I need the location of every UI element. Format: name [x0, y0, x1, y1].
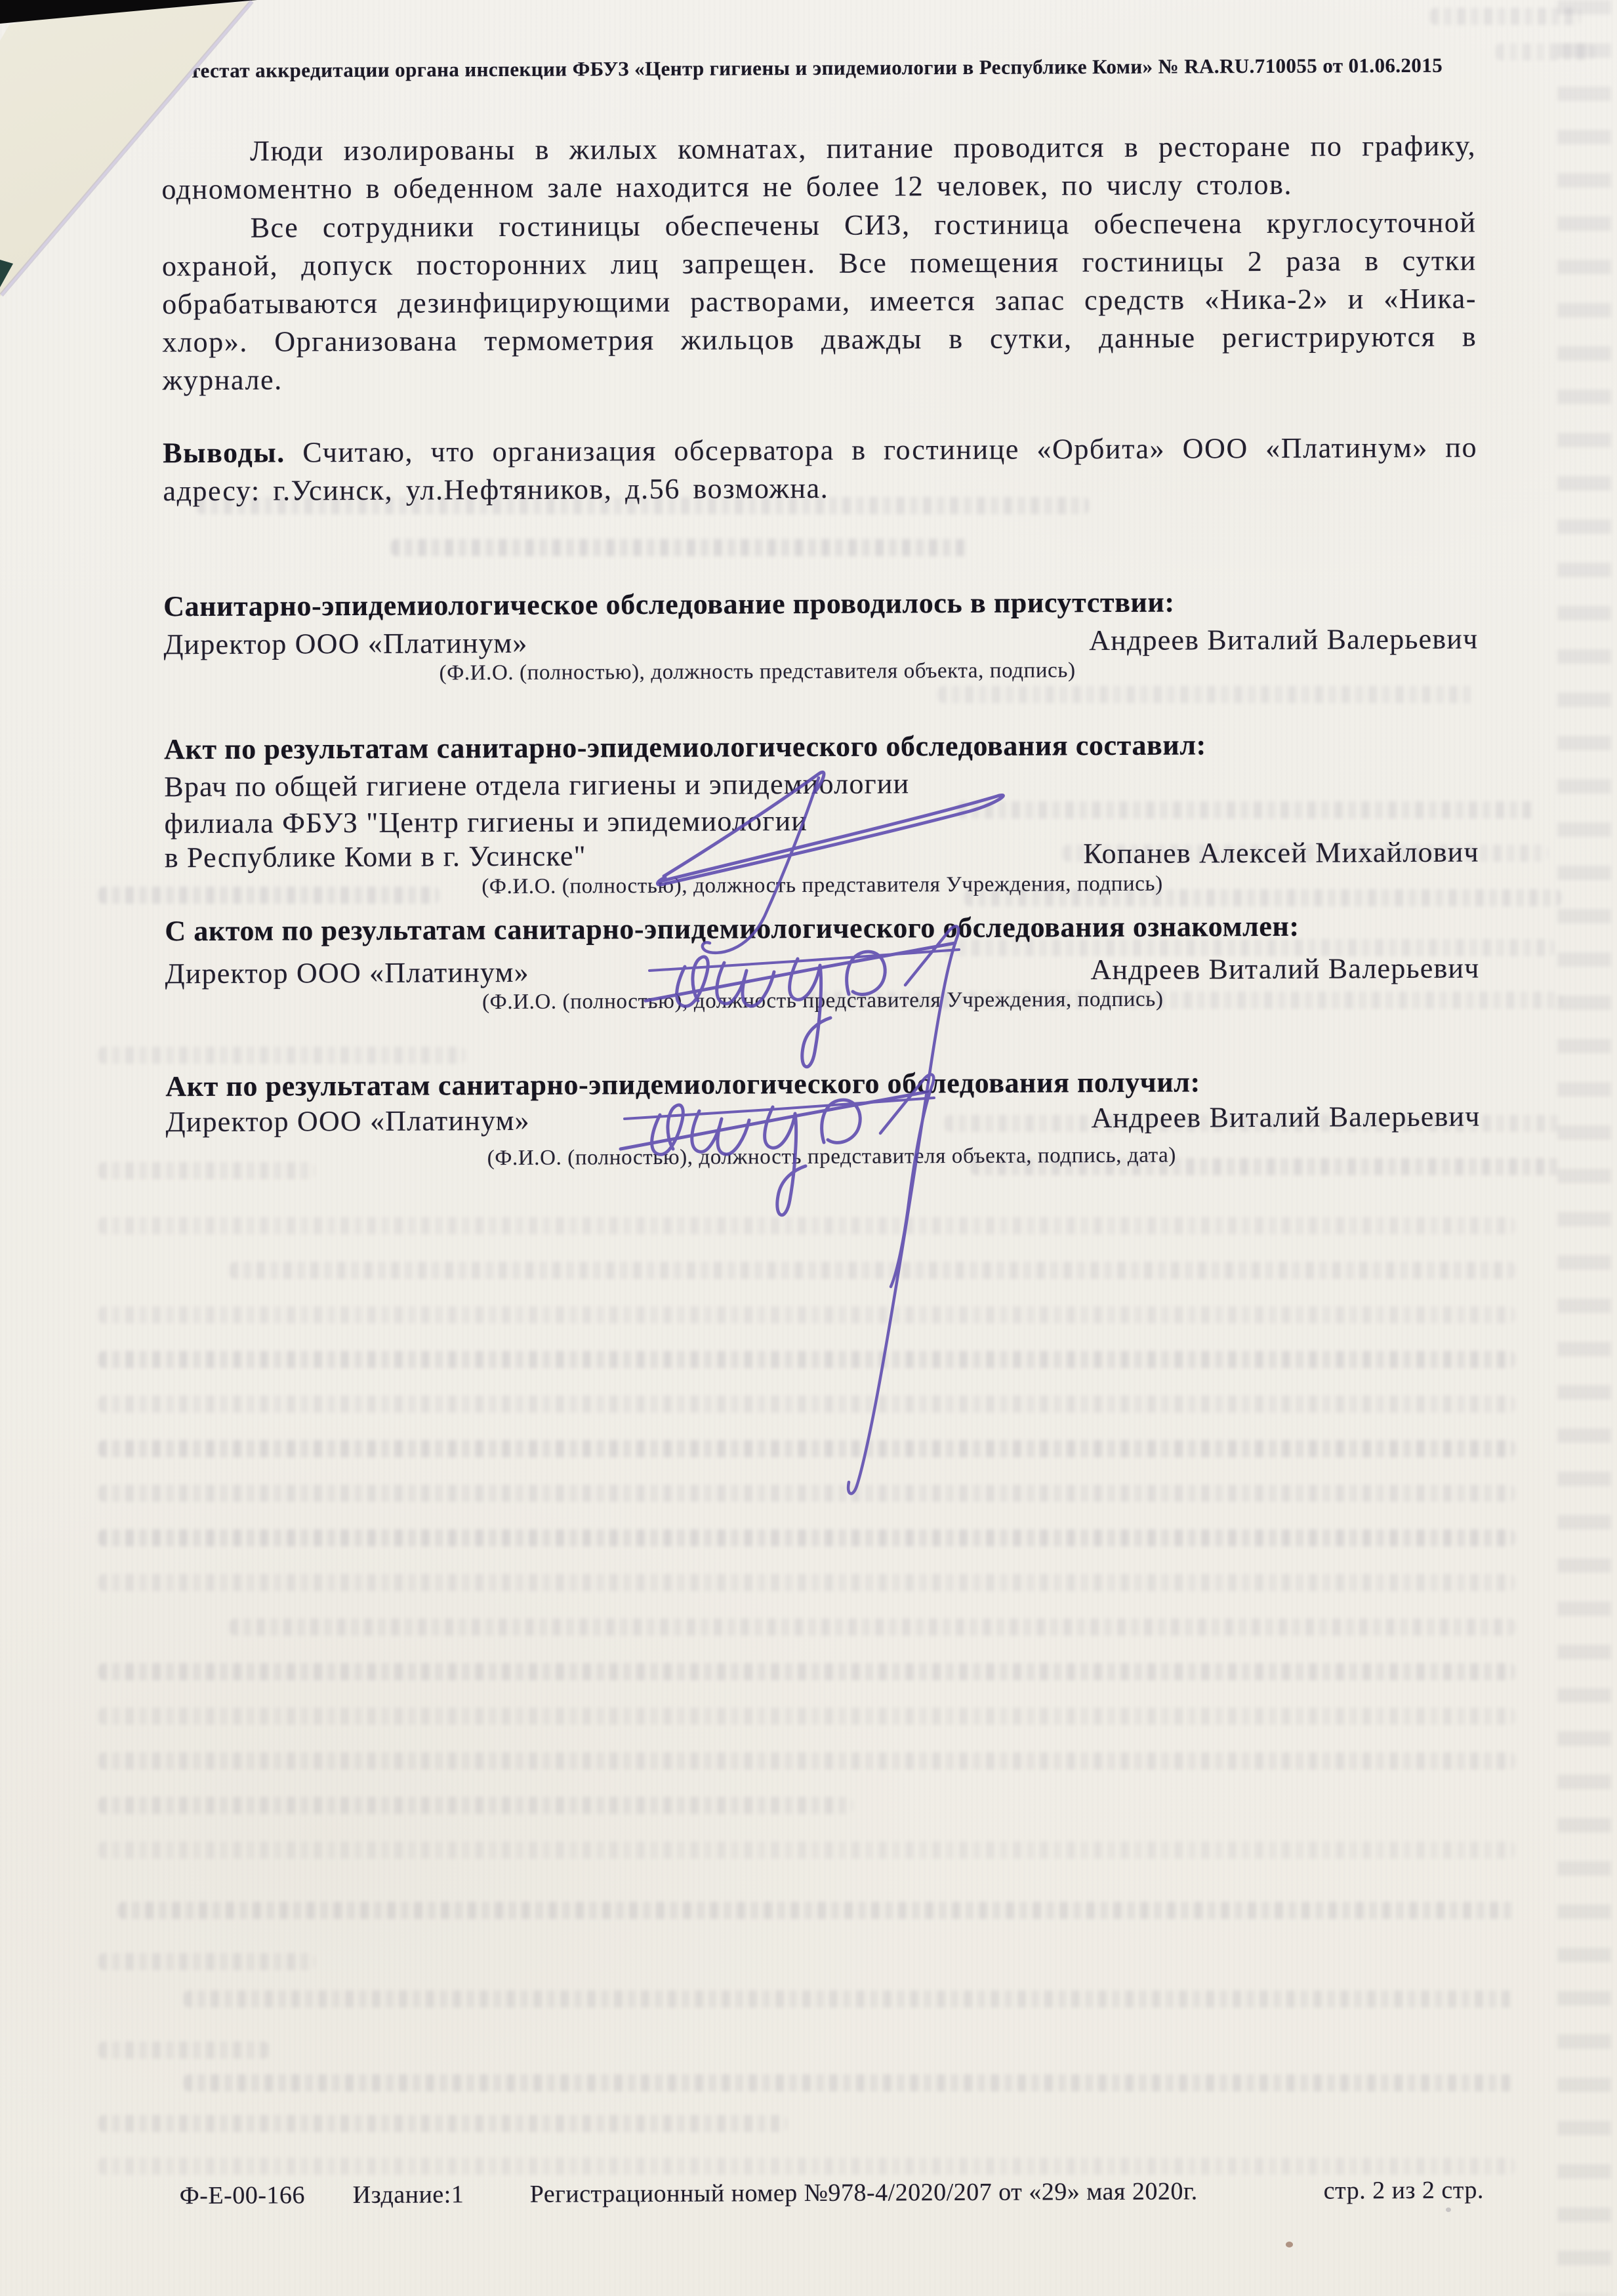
signature-row-acknowledged: Директор ООО «Платинум» Андреев Виталий … [165, 952, 1479, 990]
person-name-andreev: Андреев Виталий Валерьевич [1090, 952, 1479, 987]
paragraph-staff-measures: Все сотрудники гостиницы обеспечены СИЗ,… [162, 204, 1477, 400]
caption-attended: (Ф.И.О. (полностью), должность представи… [164, 657, 1351, 687]
caption-received: (Ф.И.О. (полностью), должность представи… [166, 1142, 1498, 1172]
signature-row-composed: в Республике Коми в г. Усинске" Копанев … [165, 836, 1479, 874]
footer-page-info: стр. 2 из 2 стр. [1324, 2176, 1484, 2205]
conclusions-paragraph: Выводы. Считаю, что организация обсерват… [163, 429, 1477, 511]
role-director: Директор ООО «Платинум» [165, 1104, 529, 1138]
caption-acknowledged: (Ф.И.О. (полностью), должность представи… [165, 986, 1481, 1017]
signature-row-attended: Директор ООО «Платинум» Андреев Виталий … [163, 622, 1478, 661]
section-attended-title: Санитарно-эпидемиологическое обследовани… [163, 586, 1175, 624]
footer-edition: Издание:1 [353, 2180, 464, 2209]
section-received-title: Акт по результатам санитарно-эпидемиолог… [165, 1065, 1200, 1103]
accreditation-header: Аттестат аккредитации органа инспекции Ф… [0, 53, 1613, 84]
composer-role-line-2: филиала ФБУЗ "Центр гигиены и эпидемиоло… [164, 804, 808, 840]
section-composed-title: Акт по результатам санитарно-эпидемиолог… [164, 728, 1206, 766]
paper-background: Аттестат аккредитации органа инспекции Ф… [0, 0, 1617, 2296]
conclusions-text: Считаю, что организация обсерватора в го… [163, 432, 1477, 508]
section-acknowledged-title: С актом по результатам санитарно-эпидеми… [165, 910, 1300, 948]
conclusions-label: Выводы. [163, 436, 285, 469]
footer-form-code: Ф-Е-00-166 [180, 2181, 305, 2210]
composer-role-line-1: Врач по общей гигиене отдела гигиены и э… [164, 767, 909, 803]
signature-row-received: Директор ООО «Платинум» Андреев Виталий … [165, 1100, 1480, 1138]
role-director: Директор ООО «Платинум» [163, 626, 527, 661]
paragraph-isolation: Люди изолированы в жилых комнатах, питан… [161, 127, 1476, 209]
footer-registration-number: Регистрационный номер №978-4/2020/207 от… [530, 2177, 1198, 2208]
composer-role-line-3: в Республике Коми в г. Усинске" [165, 839, 586, 874]
person-name-kopanev: Копанев Алексей Михайлович [1083, 836, 1479, 871]
scanned-document-page: { "header": { "accreditation_line": "Атт… [0, 0, 1617, 2296]
person-name-andreev: Андреев Виталий Валерьевич [1089, 622, 1478, 658]
role-director: Директор ООО «Платинум» [165, 956, 529, 990]
caption-composed: (Ф.И.О. (полностью), должность представи… [165, 871, 1480, 901]
person-name-andreev: Андреев Виталий Валерьевич [1091, 1100, 1480, 1135]
document-content: Аттестат аккредитации органа инспекции Ф… [0, 0, 1617, 2296]
